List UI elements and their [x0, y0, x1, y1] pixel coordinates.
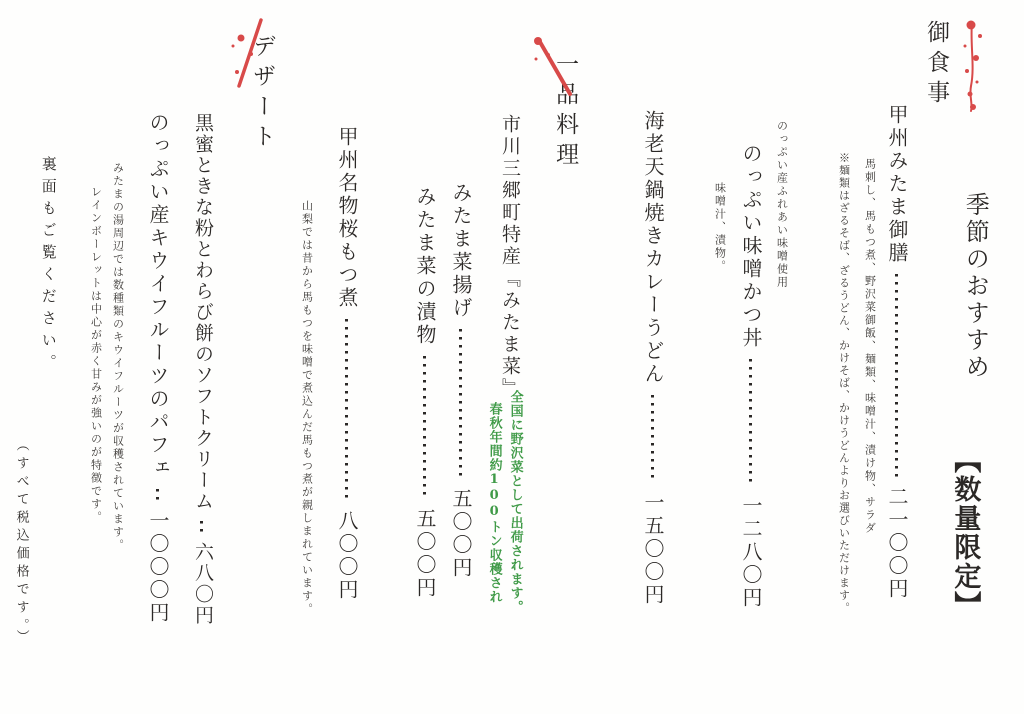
- dotted-leader: [200, 521, 203, 533]
- green-note-line2: 春秋年間約100トン収穫され: [487, 402, 501, 604]
- item-name: 甲州みたま御膳: [886, 104, 907, 265]
- note-gozen-noodle-choice: ※麺類はざるそば、ざるうどん、かけそば、かけうどんよりお選びいただけます。: [838, 152, 850, 615]
- dotted-leader: [749, 359, 752, 486]
- section-header-meals: 御食事: [924, 20, 948, 110]
- note-kiwi-line1: みたまの湯周辺では数種類のキウイフルーツが収穫されています。: [112, 162, 124, 552]
- green-note-line1: 全国に野沢菜として出荷されます。: [508, 390, 522, 614]
- note-gozen-contents: 馬刺し、馬もつ煮、野沢菜御飯、麺類、味噌汁、漬け物、サラダ: [864, 158, 876, 535]
- menu-item-kiwi-parfait: のっぷい産キウイフルーツのパフェ 一〇〇〇円: [147, 112, 168, 615]
- menu-item-miso-katsudon: のっぷい味噌かつ丼 一二八〇円: [740, 143, 761, 610]
- item-price: 一五〇〇円: [642, 492, 663, 607]
- seasonal-title: 季節のおすすめ: [962, 192, 987, 381]
- item-price: 一〇〇〇円: [147, 510, 168, 625]
- item-price: 一二八〇円: [740, 495, 761, 610]
- see-back-note: 裏面もご覧ください。: [40, 156, 56, 376]
- note-motsuni-history: 山梨では昔から馬もつを味噌で煮込んだ馬もつ煮が親しまれています。: [301, 200, 313, 616]
- menu-item-mitamana-tsukemono: みたま菜の漬物 五〇〇円: [414, 186, 435, 600]
- brush-slash-dessert-icon: [228, 14, 268, 94]
- note-katsudon-sides: 味噌汁、漬物。: [714, 182, 726, 273]
- brush-accent-meals-icon: [956, 16, 990, 116]
- item-name: 甲州名物桜もつ煮: [336, 126, 357, 310]
- dotted-leader: [895, 274, 898, 477]
- dotted-leader: [345, 319, 348, 501]
- item-price: 八〇〇円: [336, 510, 357, 602]
- menu-item-mitamana-age: みたま菜揚げ 五〇〇円: [450, 182, 471, 580]
- menu-item-warabimochi-softcream: 黒蜜ときな粉とわらび餅のソフトクリーム 六八〇円: [192, 113, 212, 613]
- item-name: のっぷい産キウイフルーツのパフェ: [147, 112, 168, 480]
- item-price: 六八〇円: [192, 542, 212, 626]
- dotted-leader: [459, 329, 462, 479]
- dotted-leader: [156, 489, 159, 501]
- item-name: のっぷい味噌かつ丼: [740, 143, 761, 350]
- item-name: みたま菜揚げ: [450, 182, 471, 320]
- dotted-leader: [651, 395, 654, 483]
- note-miso-used: のっぷい産ふれあい味噌使用: [776, 120, 788, 289]
- subheader-mitamana: 市川三郷町特産『みたま菜』: [499, 114, 519, 400]
- menu-item-sakura-motsuni: 甲州名物桜もつ煮 八〇〇円: [336, 126, 357, 602]
- menu-page: 御食事 季節のおすすめ 【数量限定】 甲州みたま御膳 二一〇〇円 馬刺し、馬もつ…: [0, 0, 1024, 714]
- item-name: 海老天鍋焼きカレーうどん: [642, 110, 663, 386]
- item-price: 二一〇〇円: [886, 486, 907, 601]
- dotted-leader: [423, 356, 426, 499]
- menu-item-mitama-gozen: 甲州みたま御膳 二一〇〇円: [886, 104, 907, 601]
- item-name: 黒蜜ときな粉とわらび餅のソフトクリーム: [192, 113, 212, 512]
- item-price: 五〇〇円: [450, 488, 471, 580]
- brush-slash-alacarte-icon: [531, 36, 577, 102]
- menu-item-ebiten-curry-udon: 海老天鍋焼きカレーうどん 一五〇〇円: [642, 110, 663, 607]
- limited-quantity-badge: 【数量限定】: [950, 446, 978, 620]
- note-kiwi-line2: レインボーレットは中心が赤く甘みが強いのが特徴です。: [90, 186, 102, 524]
- tax-included-note: （すべて税込価格です。）: [14, 438, 28, 648]
- item-price: 五〇〇円: [414, 508, 435, 600]
- item-name: みたま菜の漬物: [414, 186, 435, 347]
